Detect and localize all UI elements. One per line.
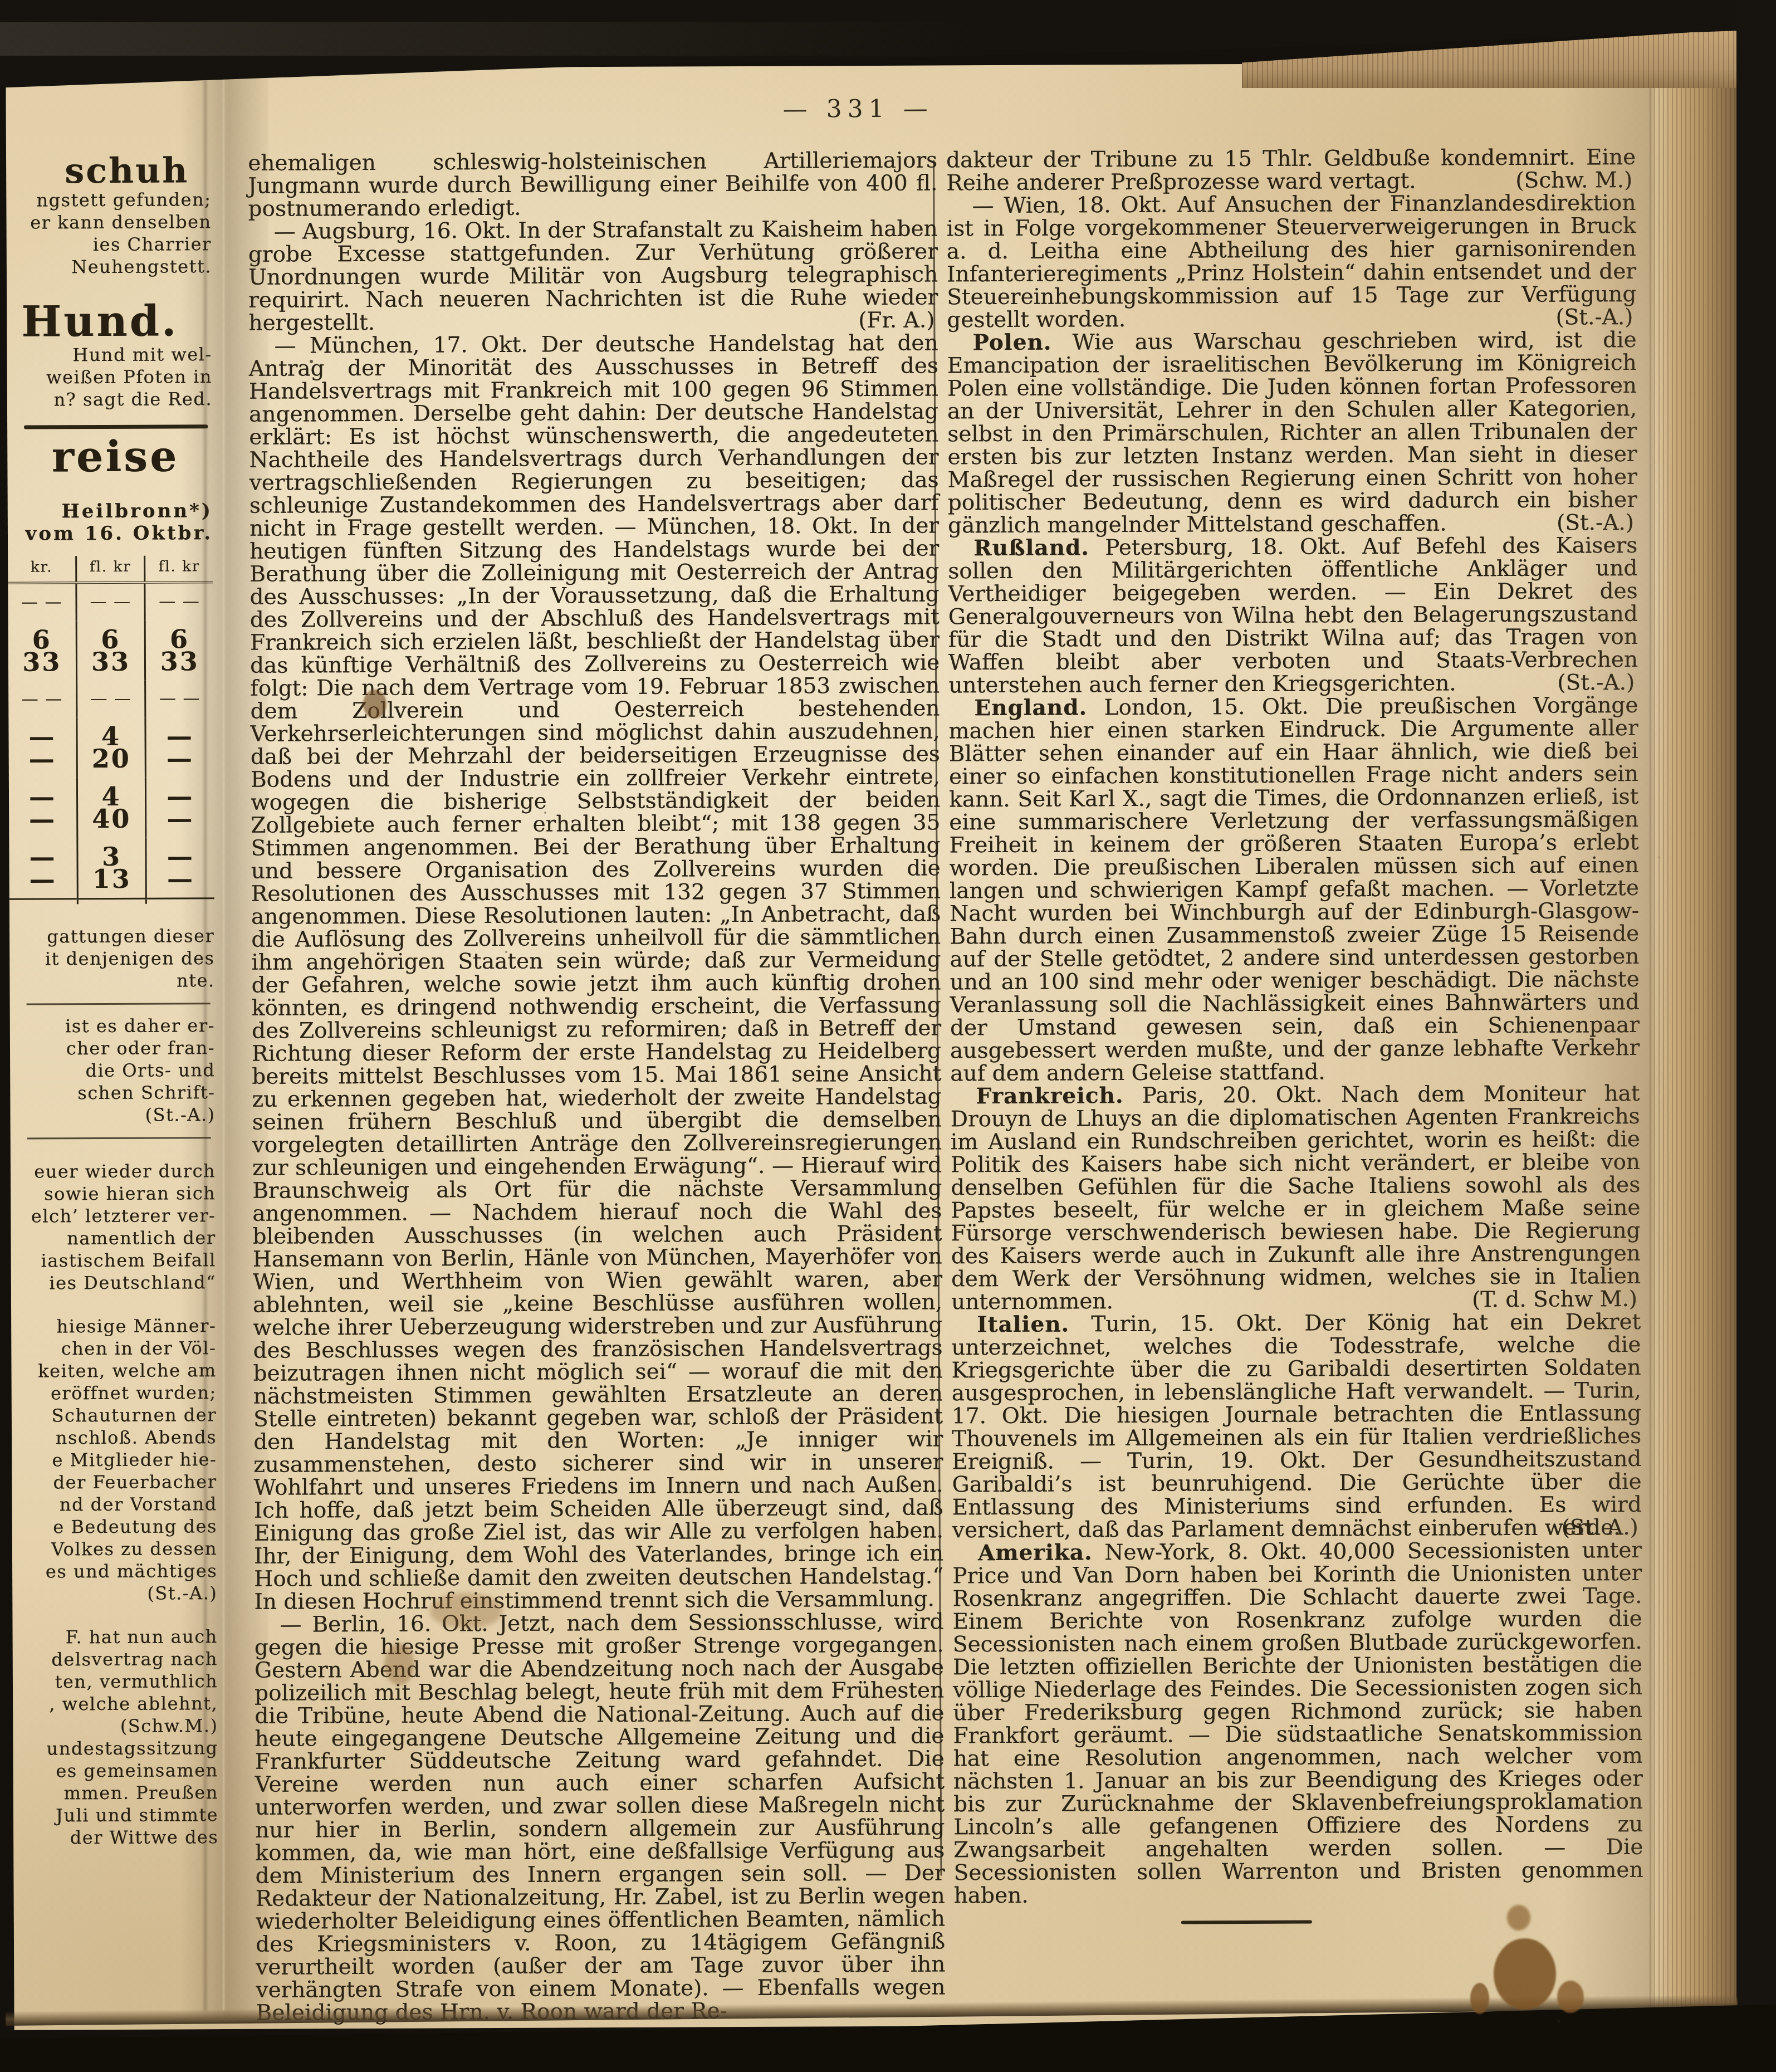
paper-crease-highlight <box>223 72 224 2011</box>
ink-stain <box>363 690 386 719</box>
news-paragraph-frankreich: Frankreich. Paris, 20. Okt. Nach dem Mon… <box>950 1082 1641 1313</box>
paper-crease <box>204 72 207 2011</box>
ink-stain <box>1494 1938 1556 2010</box>
page-curl-shadow <box>1559 67 1654 2016</box>
paper-specks <box>310 360 313 363</box>
news-paragraph-amerika: Amerika. New-York, 8. Okt. 40,000 Secess… <box>952 1539 1643 1907</box>
news-paragraph-england: England. London, 15. Okt. Die preußische… <box>948 694 1640 1085</box>
ink-stain <box>1557 1981 1584 2013</box>
news-paragraph-wien: — Wien, 18. Okt. Auf Ansuchen der Finanz… <box>946 192 1636 331</box>
book-cover-right <box>1736 0 1776 2072</box>
news-paragraph-augsburg: — Augsburg, 16. Okt. In der Strafanstalt… <box>248 217 938 334</box>
news-paragraph-muenchen-handelstag: — München, 17. Okt. Der deutsche Handels… <box>248 331 943 1613</box>
faint-stain <box>384 1643 414 1685</box>
page-number: — 331 — <box>719 94 997 124</box>
news-paragraph-berlin-presse: — Berlin, 16. Okt. Jetzt, nach dem Sessi… <box>254 1610 945 2024</box>
news-column-left: ehemaligen schleswig-holsteinischen Arti… <box>248 149 946 2024</box>
news-column-right: dakteur der Tribune zu 15 Thlr. Geldbuße… <box>946 146 1643 1925</box>
book-photo: — 331 — schuh ngstett gefunden; er kann … <box>0 0 1776 2072</box>
news-paragraph-russland: Rußland. Petersburg, 18. Okt. Auf Befehl… <box>948 534 1638 697</box>
news-paragraph-polen: Polen. Wie aus Warschau geschrieben wird… <box>947 329 1637 537</box>
faint-stain <box>430 1593 502 1629</box>
ink-stain <box>1470 1983 1489 2014</box>
ink-stain <box>1507 1905 1530 1931</box>
book-fore-edge-pages <box>1650 39 1739 2014</box>
end-of-section-rule <box>1181 1920 1312 1924</box>
news-paragraph: dakteur der Tribune zu 15 Thlr. Geldbuße… <box>946 146 1636 194</box>
news-paragraph-italien: Italien. Turin, 15. Okt. Der König hat e… <box>951 1311 1642 1542</box>
news-paragraph: ehemaligen schleswig-holsteinischen Arti… <box>248 149 938 220</box>
